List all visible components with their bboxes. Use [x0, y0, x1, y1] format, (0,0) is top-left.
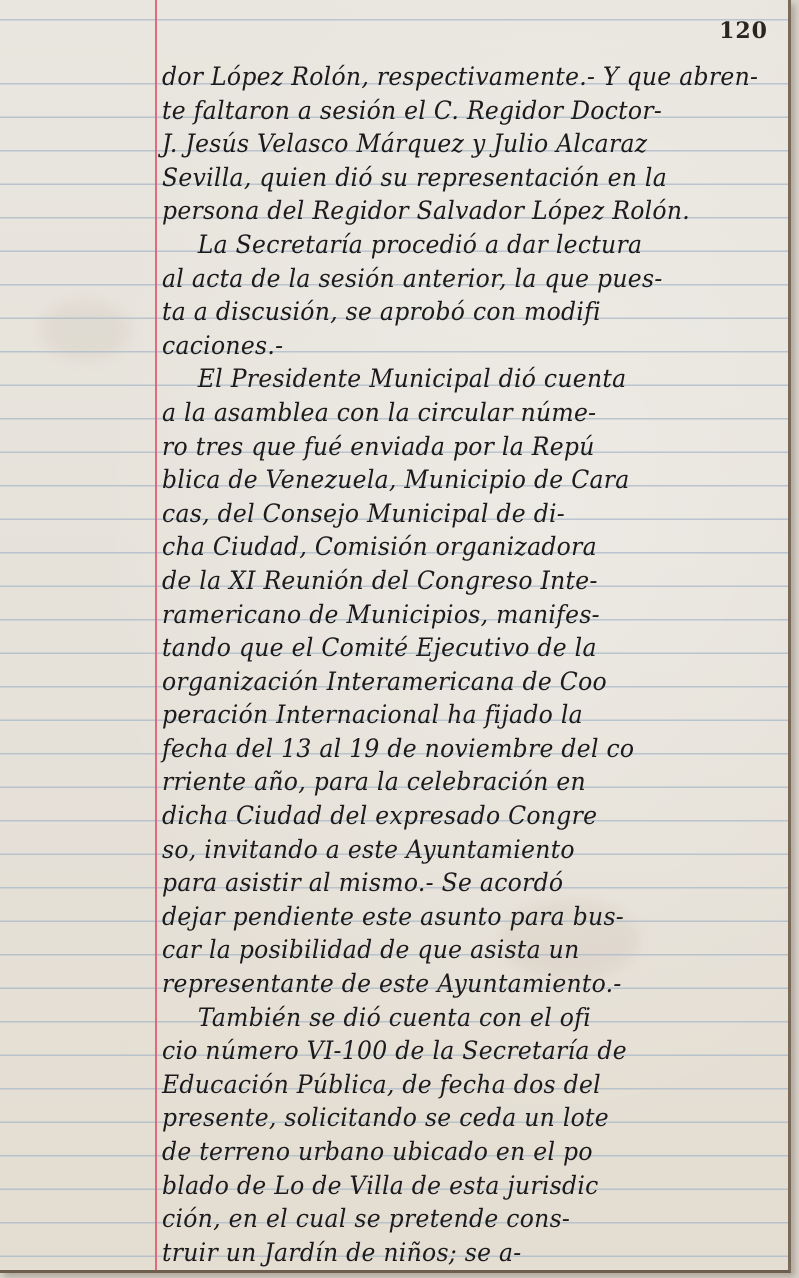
handwritten-line: El Presidente Municipal dió cuenta — [162, 362, 754, 396]
handwritten-line: a la asamblea con la circular núme- — [162, 396, 754, 430]
ledger-page: 120 dor López Rolón, respectivamente.- Y… — [0, 0, 791, 1273]
handwritten-line: rriente año, para la celebración en — [162, 765, 754, 799]
handwritten-line: al acta de la sesión anterior, la que pu… — [162, 262, 754, 296]
handwritten-line: car la posibilidad de que asista un — [162, 933, 754, 967]
handwritten-line: tando que el Comité Ejecutivo de la — [162, 631, 754, 665]
handwritten-line: representante de este Ayuntamiento.- — [162, 967, 754, 1001]
page-number: 120 — [719, 18, 768, 44]
handwritten-line: cha Ciudad, Comisión organizadora — [162, 530, 754, 564]
handwritten-line: presente, solicitando se ceda un lote — [162, 1101, 754, 1135]
handwritten-line: dicha Ciudad del expresado Congre — [162, 799, 754, 833]
handwritten-line: ción, en el cual se pretende cons- — [162, 1202, 754, 1236]
handwritten-line: dejar pendiente este asunto para bus- — [162, 900, 754, 934]
handwritten-line: te faltaron a sesión el C. Regidor Docto… — [162, 94, 754, 128]
handwritten-line: persona del Regidor Salvador López Rolón… — [162, 194, 754, 228]
handwritten-line: Sevilla, quien dió su representación en … — [162, 161, 754, 195]
handwritten-line: truir un Jardín de niños; se a- — [162, 1236, 754, 1270]
handwritten-line: J. Jesús Velasco Márquez y Julio Alcaraz — [162, 127, 754, 161]
handwritten-line: organización Interamericana de Coo — [162, 665, 754, 699]
handwritten-line: caciones.- — [162, 329, 754, 363]
handwritten-line: ramericano de Municipios, manifes- — [162, 598, 754, 632]
red-margin-line — [155, 0, 157, 1270]
handwritten-line: fecha del 13 al 19 de noviembre del co — [162, 732, 754, 766]
handwritten-line: peración Internacional ha fijado la — [162, 698, 754, 732]
handwritten-text-block: dor López Rolón, respectivamente.- Y que… — [162, 60, 791, 1269]
handwritten-line: dor López Rolón, respectivamente.- Y que… — [162, 60, 754, 94]
handwritten-line: para asistir al mismo.- Se acordó — [162, 866, 754, 900]
handwritten-line: cas, del Consejo Municipal de di- — [162, 497, 754, 531]
handwritten-line: so, invitando a este Ayuntamiento — [162, 833, 754, 867]
handwritten-line: blado de Lo de Villa de esta jurisdic — [162, 1169, 754, 1203]
handwritten-line: de la XI Reunión del Congreso Inte- — [162, 564, 754, 598]
handwritten-line: Educación Pública, de fecha dos del — [162, 1068, 754, 1102]
handwritten-line: La Secretaría procedió a dar lectura — [162, 228, 754, 262]
handwritten-line: de terreno urbano ubicado en el po — [162, 1135, 754, 1169]
handwritten-line: cio número VI-100 de la Secretaría de — [162, 1034, 754, 1068]
handwritten-line: blica de Venezuela, Municipio de Cara — [162, 463, 754, 497]
handwritten-line: ro tres que fué enviada por la Repú — [162, 430, 754, 464]
handwritten-line: También se dió cuenta con el ofi — [162, 1001, 754, 1035]
handwritten-line: ta a discusión, se aprobó con modifi — [162, 295, 754, 329]
